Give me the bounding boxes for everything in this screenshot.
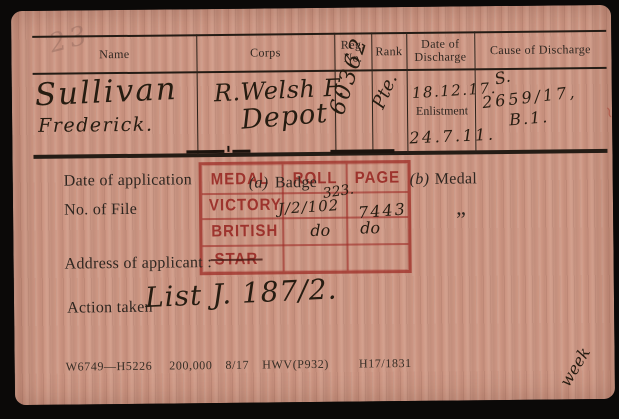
date-of-application-label: Date of application <box>64 171 193 190</box>
corps-underline-dash <box>232 150 250 153</box>
stamp-row-british: BRITISH <box>211 222 278 241</box>
no-of-file-label: No. of File <box>64 201 137 220</box>
form-reference-footer: W6749—H5226200,0008/17HWV(P932)H17/1831 <box>66 356 412 375</box>
action-taken-value: List J. 187/2. <box>144 272 338 314</box>
british-page-value: do <box>360 218 380 237</box>
header-name: Name <box>32 47 196 62</box>
entry-forename: Frederick. <box>38 114 154 137</box>
table-top-rule <box>32 30 606 38</box>
entry-reg-no-cell: 60362 <box>333 69 374 153</box>
medal-ditto-mark: „ <box>456 194 466 220</box>
footer-part2: 200,000 <box>169 358 212 372</box>
footer-part1: W6749—H5226 <box>66 359 153 374</box>
reg-no-underline <box>330 149 394 154</box>
entry-rank-cell: Pte. <box>372 69 408 129</box>
stamp-row-victory: VICTORY <box>209 195 282 214</box>
footer-part3: 8/17 <box>225 358 249 372</box>
footer-part4: HWV(P932) <box>262 357 329 372</box>
corner-note: week <box>556 344 594 390</box>
table-bottom-rule <box>33 149 607 159</box>
stamp-col-page: PAGE <box>355 168 401 187</box>
header-discharge-line2: Discharge <box>414 49 466 64</box>
header-date-of-discharge: Date of Discharge <box>406 37 474 64</box>
corps-underline <box>186 150 224 153</box>
entry-cause-line3: B.1. <box>508 107 550 129</box>
action-taken-label: Action taken <box>67 299 153 318</box>
medal-prefix: (b) <box>410 171 430 189</box>
entry-surname: Sullivan <box>34 71 178 113</box>
header-cause-of-discharge: Cause of Discharge <box>474 43 606 57</box>
edge-mark: ~ <box>599 103 619 121</box>
badge-prefix: (a) <box>249 174 269 192</box>
british-roll-value: do <box>310 221 330 240</box>
entry-enlistment-label: Enlistment <box>411 103 473 119</box>
address-of-applicant-label: Address of applicant : <box>65 254 213 274</box>
badge-label: Badge <box>275 174 318 192</box>
stamp-divider <box>202 243 408 247</box>
corps-underline-tick <box>227 146 229 152</box>
entry-rank: Pte. <box>368 71 401 112</box>
footer-part5: H17/1831 <box>359 356 412 371</box>
medal-label: Medal <box>435 170 478 188</box>
header-rank: Rank <box>371 45 406 58</box>
entry-corps-line2: Depot <box>240 98 329 136</box>
medal-index-card: 23 Name Corps Reg. No. Rank Date of Disc… <box>11 5 615 405</box>
header-corps: Corps <box>196 46 334 60</box>
entry-enlistment-date: 24.7.11. <box>409 125 496 148</box>
